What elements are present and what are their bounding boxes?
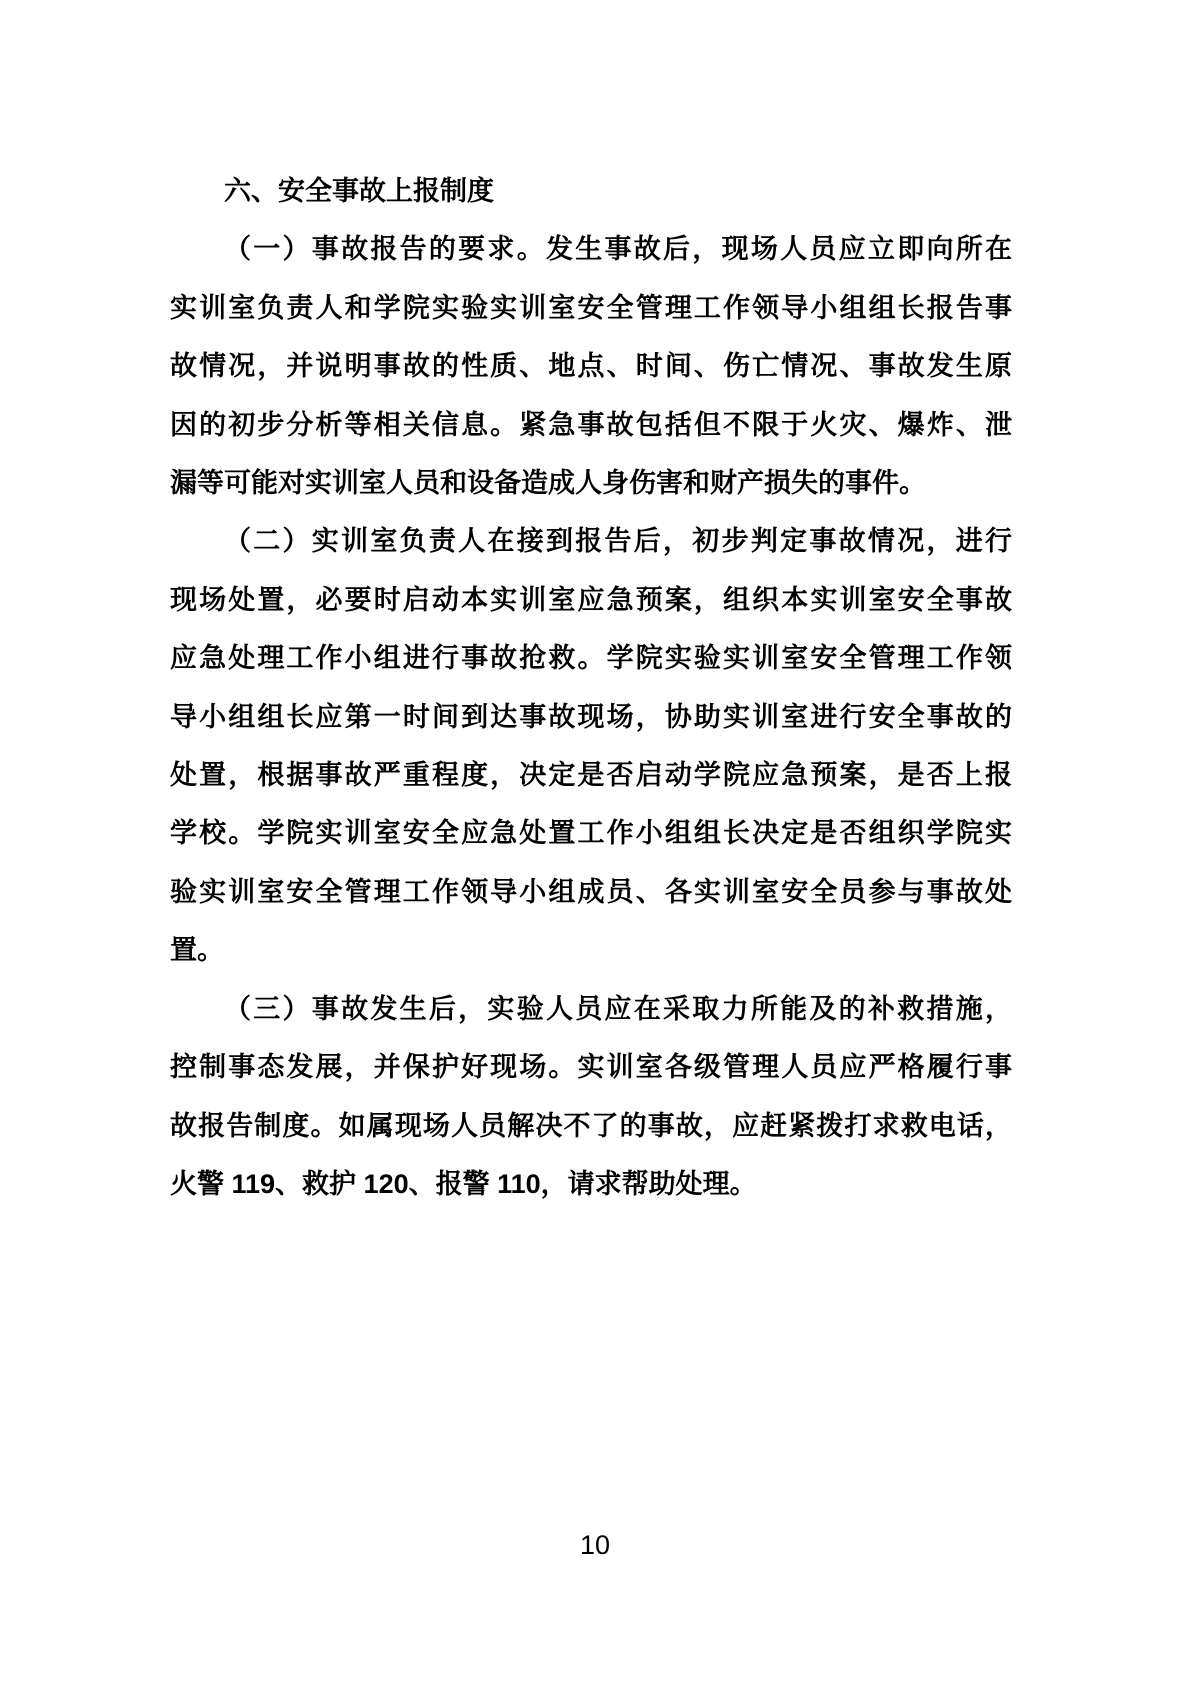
paragraph-line: 实训室负责人和学院实验实训室安全管理工作领导小组组长报告事 — [170, 279, 1012, 337]
paragraph-1: （一）事故报告的要求。发生事故后，现场人员应立即向所在 实训室负责人和学院实验实… — [170, 220, 1012, 512]
paragraph-line: 验实训室安全管理工作领导小组成员、各实训室安全员参与事故处 — [170, 863, 1012, 921]
paragraph-line: （二）实训室负责人在接到报告后，初步判定事故情况，进行 — [170, 512, 1012, 570]
paragraph-line: 因的初步分析等相关信息。紧急事故包括但不限于火灾、爆炸、泄 — [170, 396, 1012, 454]
page-body-text: 六、安全事故上报制度 （一）事故报告的要求。发生事故后，现场人员应立即向所在 实… — [170, 162, 1012, 1213]
paragraph-line: 故报告制度。如属现场人员解决不了的事故，应赶紧拨打求救电话， — [170, 1097, 1012, 1155]
paragraph-line: 处置，根据事故严重程度，决定是否启动学院应急预案，是否上报 — [170, 746, 1012, 804]
paragraph-line: 学校。学院实训室安全应急处置工作小组组长决定是否组织学院实 — [170, 804, 1012, 862]
section-heading: 六、安全事故上报制度 — [170, 162, 1012, 220]
paragraph-3: （三）事故发生后，实验人员应在采取力所能及的补救措施， 控制事态发展，并保护好现… — [170, 980, 1012, 1214]
paragraph-line: 火警 119、救护 120、报警 110，请求帮助处理。 — [170, 1155, 1012, 1213]
paragraph-line: 控制事态发展，并保护好现场。实训室各级管理人员应严格履行事 — [170, 1038, 1012, 1096]
paragraph-line: 导小组组长应第一时间到达事故现场，协助实训室进行安全事故的 — [170, 688, 1012, 746]
paragraph-line: 应急处理工作小组进行事故抢救。学院实验实训室安全管理工作领 — [170, 629, 1012, 687]
page-number: 10 — [0, 1532, 1190, 1559]
paragraph-line: 置。 — [170, 921, 1012, 979]
paragraph-line: 故情况，并说明事故的性质、地点、时间、伤亡情况、事故发生原 — [170, 337, 1012, 395]
paragraph-line: 漏等可能对实训室人员和设备造成人身伤害和财产损失的事件。 — [170, 454, 1012, 512]
document-page: 六、安全事故上报制度 （一）事故报告的要求。发生事故后，现场人员应立即向所在 实… — [0, 0, 1190, 1683]
paragraph-line: （一）事故报告的要求。发生事故后，现场人员应立即向所在 — [170, 220, 1012, 278]
paragraph-line: 现场处置，必要时启动本实训室应急预案，组织本实训室安全事故 — [170, 571, 1012, 629]
paragraph-line: （三）事故发生后，实验人员应在采取力所能及的补救措施， — [170, 980, 1012, 1038]
paragraph-2: （二）实训室负责人在接到报告后，初步判定事故情况，进行 现场处置，必要时启动本实… — [170, 512, 1012, 979]
